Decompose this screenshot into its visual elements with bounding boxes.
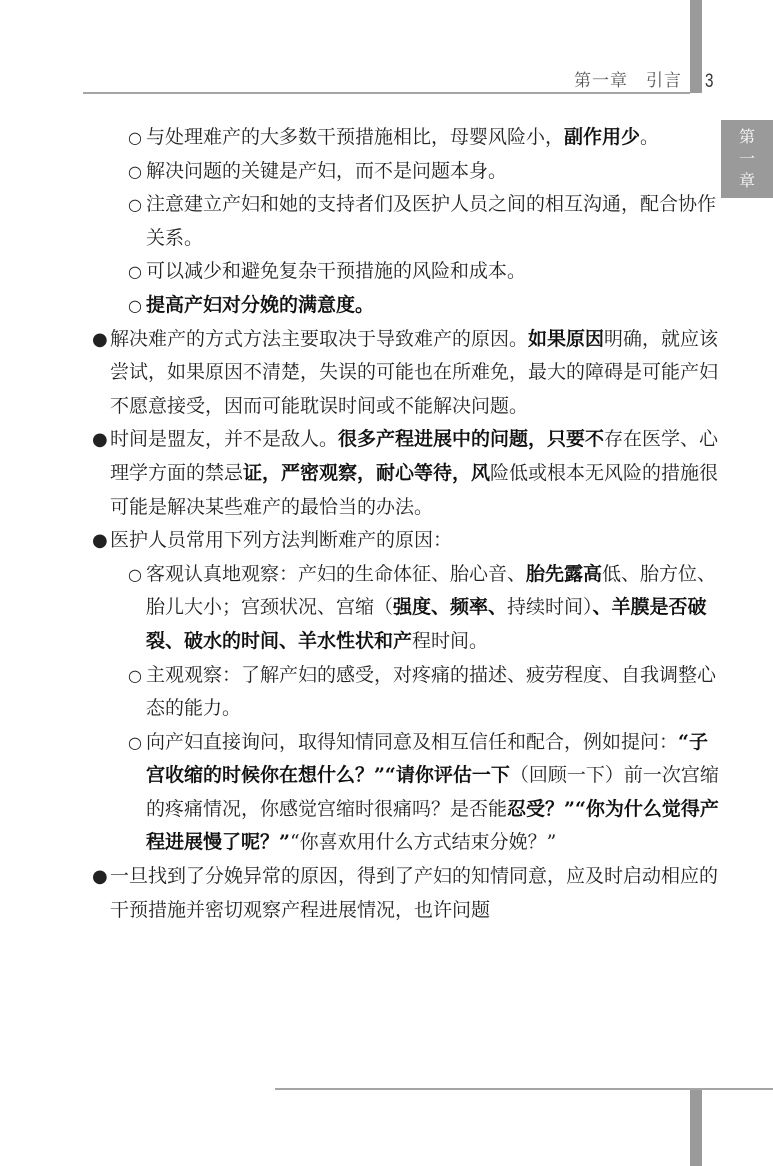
chapter-thumb-tab: 第 一 章 — [721, 120, 773, 198]
hollow-circle-bullet-icon: ○ — [128, 255, 142, 289]
text-segment: 注意建立产妇和她的支持者们及医护人员之间的相互沟通，配合协作关系。 — [146, 193, 716, 249]
item-text: 可以减少和避免复杂干预措施的风险和成本。 — [146, 255, 720, 289]
item-text: 向产妇直接询问，取得知情同意及相互信任和配合，例如提问：“子宫收缩的时候你在想什… — [146, 726, 720, 860]
text-segment: 可以减少和避免复杂干预措施的风险和成本。 — [146, 260, 526, 282]
bold-text-segment: 胎先露高 — [526, 563, 602, 585]
sub-bullet-item: ○可以减少和避免复杂干预措施的风险和成本。 — [90, 255, 720, 289]
hollow-circle-bullet-icon: ○ — [128, 289, 142, 323]
item-text: 解决问题的关键是产妇，而不是问题本身。 — [146, 155, 720, 189]
sub-bullet-item: ○主观观察：了解产妇的感受，对疼痛的描述、疲劳程度、自我调整心态的能力。 — [90, 659, 720, 726]
item-text: 解决难产的方式方法主要取决于导致难产的原因。如果原因明确，就应该尝试，如果原因不… — [110, 323, 720, 424]
filled-circle-bullet-icon: ● — [92, 524, 108, 558]
text-segment: “你喜欢用什么方式结束分娩？” — [290, 831, 556, 853]
header-rule — [83, 92, 690, 94]
sub-bullet-item: ○客观认真地观察：产妇的生命体征、胎心音、胎先露高低、胎方位、胎儿大小；宫颈状况… — [90, 558, 720, 659]
bullet-item: ●时间是盟友，并不是敌人。很多产程进展中的问题，只要不存在医学、心理学方面的禁忌… — [90, 423, 720, 524]
item-text: 时间是盟友，并不是敌人。很多产程进展中的问题，只要不存在医学、心理学方面的禁忌证… — [110, 423, 720, 524]
item-text: 医护人员常用下列方法判断难产的原因： — [110, 524, 720, 558]
hollow-circle-bullet-icon: ○ — [128, 558, 142, 592]
item-text: 一旦找到了分娩异常的原因，得到了产妇的知情同意，应及时启动相应的干预措施并密切观… — [110, 860, 720, 927]
bullet-item: ●医护人员常用下列方法判断难产的原因： — [90, 524, 720, 558]
filled-circle-bullet-icon: ● — [92, 323, 108, 357]
item-text: 注意建立产妇和她的支持者们及医护人员之间的相互沟通，配合协作关系。 — [146, 188, 720, 255]
bold-text-segment: 提高产妇对分娩的满意度。 — [146, 294, 374, 316]
text-segment: 时间是盟友，并不是敌人。 — [110, 428, 338, 450]
hollow-circle-bullet-icon: ○ — [128, 121, 142, 155]
bold-text-segment: 强度、频率、 — [393, 596, 507, 618]
sub-bullet-item: ○提高产妇对分娩的满意度。 — [90, 289, 720, 323]
text-segment: 解决问题的关键是产妇，而不是问题本身。 — [146, 160, 507, 182]
top-margin-bar — [690, 0, 702, 93]
text-segment: 一旦找到了分娩异常的原因，得到了产妇的知情同意，应及时启动相应的干预措施并密切观… — [110, 865, 718, 921]
chapter-tab-char: 一 — [739, 148, 755, 170]
filled-circle-bullet-icon: ● — [92, 860, 108, 894]
page-number: 3 — [705, 71, 713, 93]
item-text: 客观认真地观察：产妇的生命体征、胎心音、胎先露高低、胎方位、胎儿大小；宫颈状况、… — [146, 558, 720, 659]
hollow-circle-bullet-icon: ○ — [128, 155, 142, 189]
bold-text-segment: 副作用少 — [564, 126, 640, 148]
text-segment: 持续时间） — [507, 596, 593, 618]
bold-text-segment: 很多产程进展中的问题，只要不 — [338, 428, 604, 450]
sub-bullet-item: ○与处理难产的大多数干预措施相比，母婴风险小，副作用少。 — [90, 121, 720, 155]
item-text: 主观观察：了解产妇的感受，对疼痛的描述、疲劳程度、自我调整心态的能力。 — [146, 659, 720, 726]
text-segment: 主观观察：了解产妇的感受，对疼痛的描述、疲劳程度、自我调整心态的能力。 — [146, 664, 716, 720]
chapter-tab-char: 第 — [739, 126, 755, 148]
hollow-circle-bullet-icon: ○ — [128, 726, 142, 760]
bullet-item: ●一旦找到了分娩异常的原因，得到了产妇的知情同意，应及时启动相应的干预措施并密切… — [90, 860, 720, 927]
bottom-margin-bar — [690, 1090, 702, 1166]
bullet-item: ●解决难产的方式方法主要取决于导致难产的原因。如果原因明确，就应该尝试，如果原因… — [90, 323, 720, 424]
hollow-circle-bullet-icon: ○ — [128, 659, 142, 693]
filled-circle-bullet-icon: ● — [92, 423, 108, 457]
bold-text-segment: 如果原因 — [528, 328, 604, 350]
text-segment: 向产妇直接询问，取得知情同意及相互信任和配合，例如提问： — [146, 731, 678, 753]
chapter-tab-char: 章 — [739, 170, 755, 192]
item-text: 与处理难产的大多数干预措施相比，母婴风险小，副作用少。 — [146, 121, 720, 155]
item-text: 提高产妇对分娩的满意度。 — [146, 289, 720, 323]
text-segment: 解决难产的方式方法主要取决于导致难产的原因。 — [110, 328, 528, 350]
running-header-chapter-title: 第一章 引言 — [574, 66, 682, 91]
text-segment: 程时间。 — [412, 630, 488, 652]
text-segment: 与处理难产的大多数干预措施相比，母婴风险小， — [146, 126, 564, 148]
hollow-circle-bullet-icon: ○ — [128, 188, 142, 222]
body-text: ○与处理难产的大多数干预措施相比，母婴风险小，副作用少。○解决问题的关键是产妇，… — [90, 121, 720, 927]
text-segment: 医护人员常用下列方法判断难产的原因： — [110, 529, 452, 551]
text-segment: 客观认真地观察：产妇的生命体征、胎心音、 — [146, 563, 526, 585]
text-segment: 。 — [640, 126, 659, 148]
sub-bullet-item: ○注意建立产妇和她的支持者们及医护人员之间的相互沟通，配合协作关系。 — [90, 188, 720, 255]
bold-text-segment: 证，严密观察，耐心等待，风 — [243, 462, 490, 484]
sub-bullet-item: ○向产妇直接询问，取得知情同意及相互信任和配合，例如提问：“子宫收缩的时候你在想… — [90, 726, 720, 860]
sub-bullet-item: ○解决问题的关键是产妇，而不是问题本身。 — [90, 155, 720, 189]
